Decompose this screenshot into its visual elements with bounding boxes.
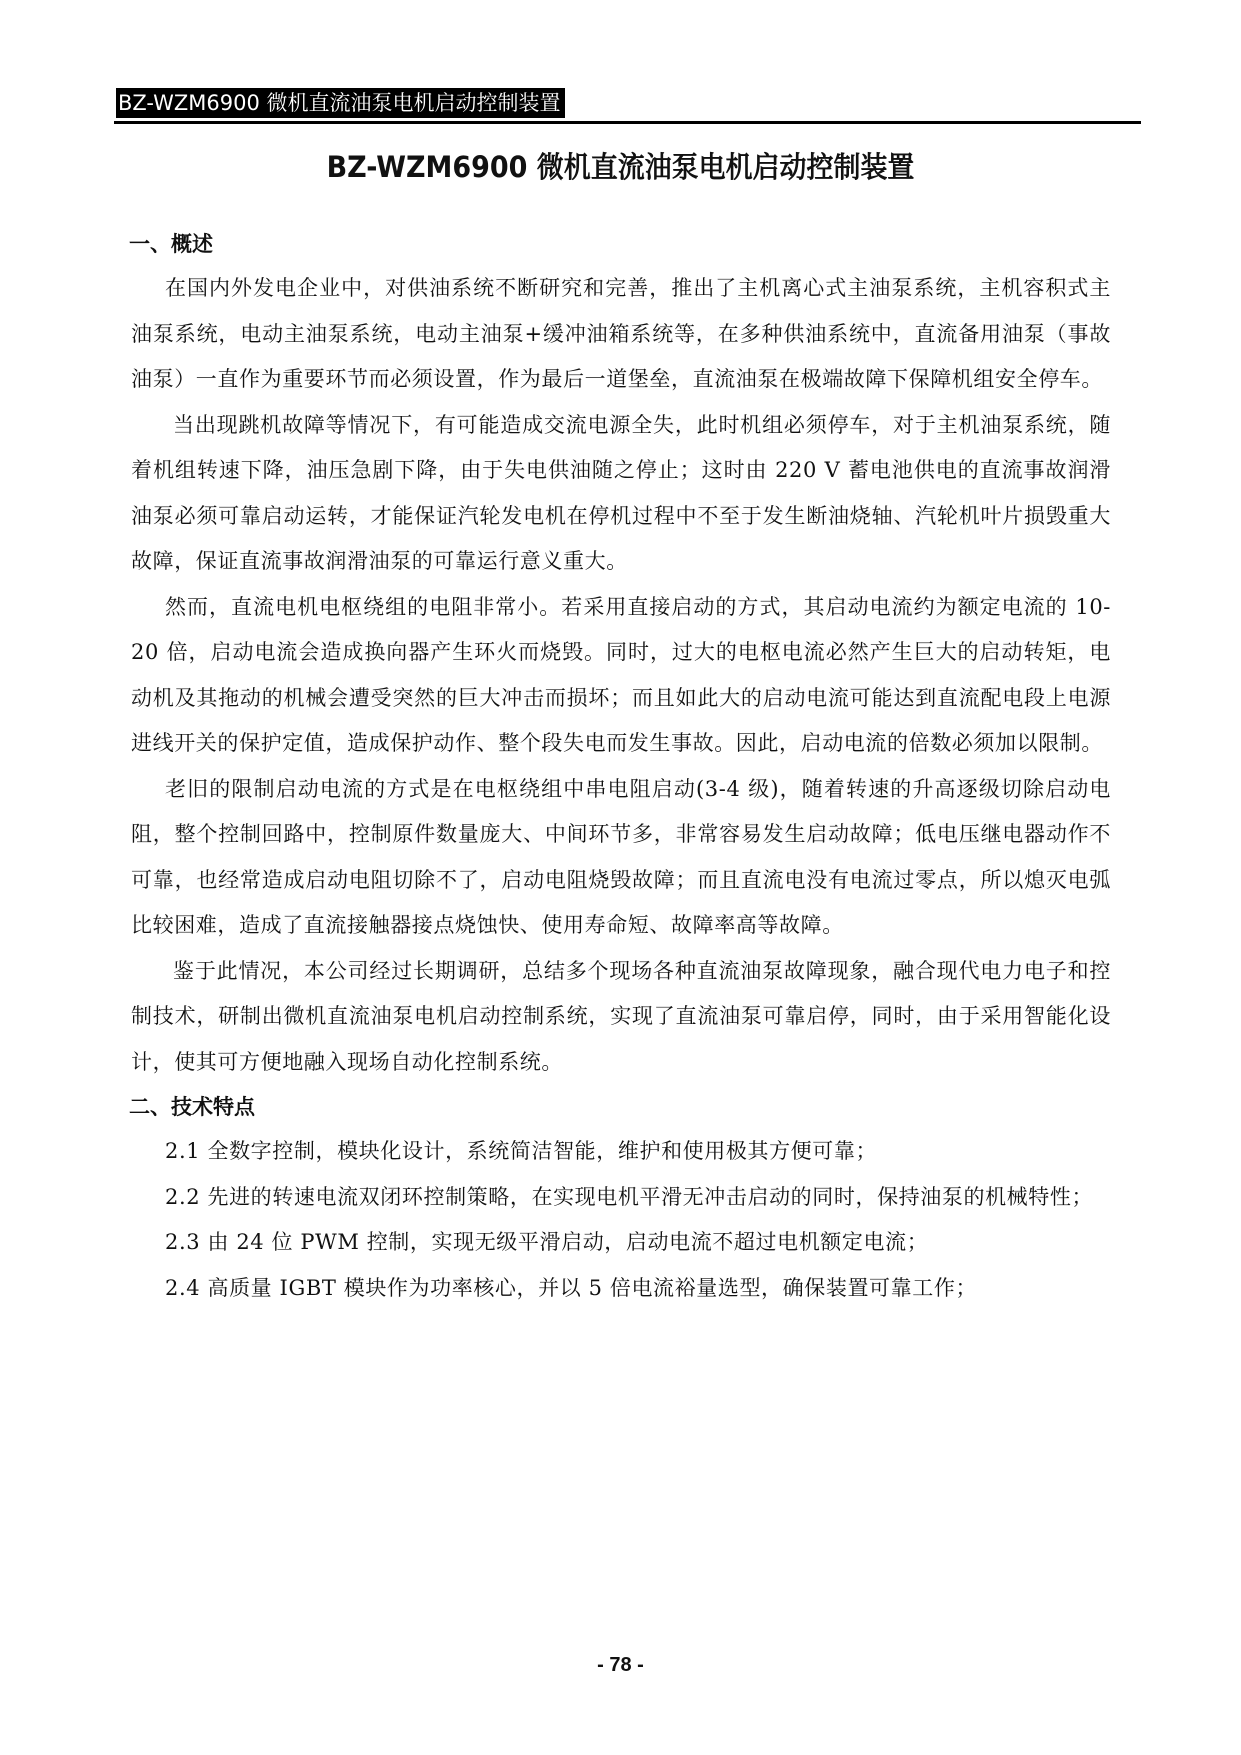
paragraph: 在国内外发电企业中，对供油系统不断研究和完善，推出了主机离心式主油泵系统，主机容… (131, 266, 1111, 403)
feature-item: 2.3 由 24 位 PWM 控制，实现无级平滑启动，启动电流不超过电机额定电流… (131, 1220, 1111, 1266)
paragraph: 老旧的限制启动电流的方式是在电枢绕组中串电阻启动(3-4 级)，随着转速的升高逐… (131, 767, 1111, 949)
feature-item: 2.4 高质量 IGBT 模块作为功率核心，并以 5 倍电流裕量选型，确保装置可… (131, 1266, 1111, 1312)
paragraph: 鉴于此情况，本公司经过长期调研，总结多个现场各种直流油泵故障现象，融合现代电力电… (131, 949, 1111, 1086)
section-heading-overview: 一、概述 (129, 222, 1111, 266)
feature-item: 2.1 全数字控制，模块化设计，系统简洁智能，维护和使用极其方便可靠； (131, 1129, 1111, 1175)
document-title: BZ-WZM6900 微机直流油泵电机启动控制装置 (43, 147, 1197, 187)
paragraph: 然而，直流电机电枢绕组的电阻非常小。若采用直接启动的方式，其启动电流约为额定电流… (131, 585, 1111, 767)
paragraph: 当出现跳机故障等情况下，有可能造成交流电源全失，此时机组必须停车，对于主机油泵系… (131, 403, 1111, 585)
feature-item: 2.2 先进的转速电流双闭环控制策略，在实现电机平滑无冲击启动的同时，保持油泵的… (131, 1175, 1111, 1221)
page-number: - 78 - (0, 1652, 1241, 1678)
header-divider (114, 121, 1141, 124)
running-header: BZ-WZM6900 微机直流油泵电机启动控制装置 (116, 88, 565, 118)
section-heading-features: 二、技术特点 (129, 1085, 1111, 1129)
document-body: 一、概述 在国内外发电企业中，对供油系统不断研究和完善，推出了主机离心式主油泵系… (131, 222, 1111, 1311)
